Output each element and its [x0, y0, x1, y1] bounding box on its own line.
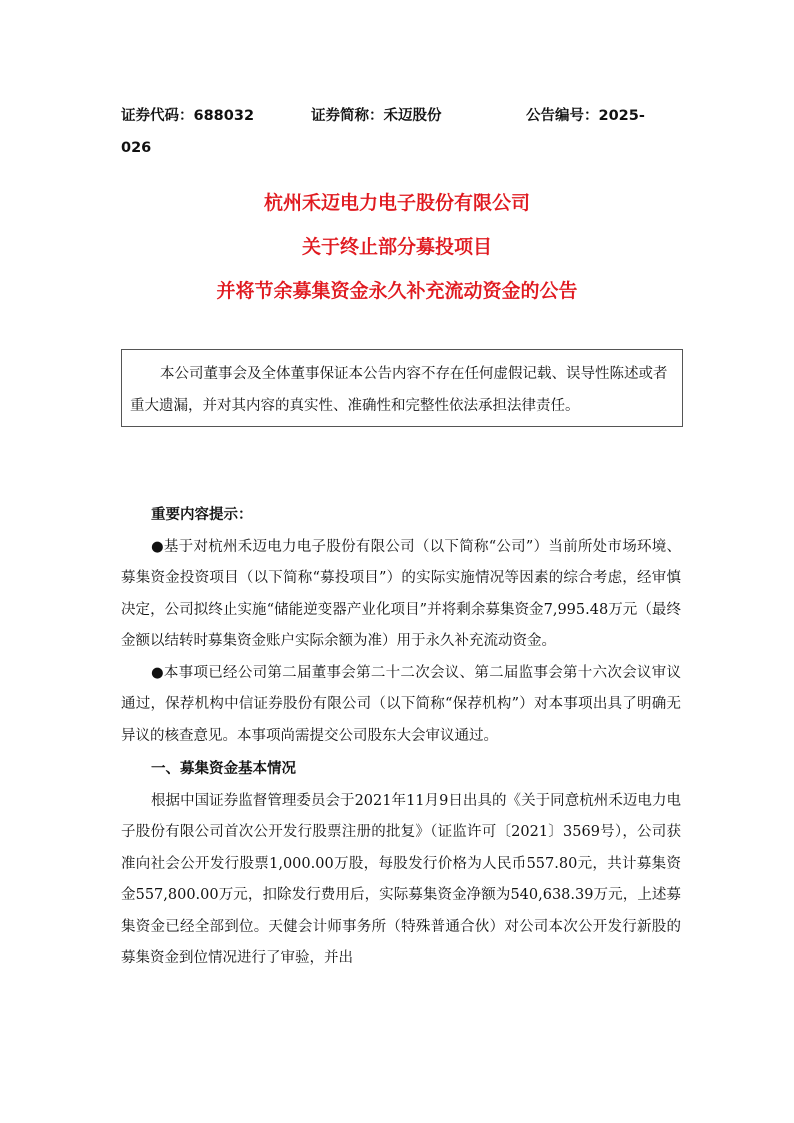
stock-code: 证券代码：688032	[121, 100, 311, 132]
announcement-number-continued: 026	[121, 132, 681, 164]
board-guarantee-notice-box: 本公司董事会及全体董事保证本公告内容不存在任何虚假记载、误导性陈述或者重大遗漏，…	[121, 349, 683, 427]
title-line-3: 并将节余募集资金永久补充流动资金的公告	[0, 273, 794, 317]
highlight-bullet-1: ●基于对杭州禾迈电力电子股份有限公司（以下简称“公司”）当前所处市场环境、募集资…	[121, 532, 681, 658]
document-header: 证券代码：688032 证券简称：禾迈股份 公告编号：2025- 026	[121, 100, 681, 164]
stock-name: 证券简称：禾迈股份	[311, 100, 526, 132]
section-1-paragraph: 根据中国证券监督管理委员会于2021年11月9日出具的《关于同意杭州禾迈电力电子…	[121, 786, 681, 975]
title-line-2: 关于终止部分募投项目	[0, 229, 794, 273]
highlight-bullet-2: ●本事项已经公司第二届董事会第二十二次会议、第二届监事会第十六次会议审议通过，保…	[121, 658, 681, 753]
title-line-1: 杭州禾迈电力电子股份有限公司	[0, 185, 794, 229]
document-body: 重要内容提示： ●基于对杭州禾迈电力电子股份有限公司（以下简称“公司”）当前所处…	[121, 500, 681, 975]
notice-text: 本公司董事会及全体董事保证本公告内容不存在任何虚假记载、误导性陈述或者重大遗漏，…	[130, 358, 676, 422]
announcement-number: 公告编号：2025-	[526, 100, 645, 132]
document-title: 杭州禾迈电力电子股份有限公司 关于终止部分募投项目 并将节余募集资金永久补充流动…	[0, 185, 794, 317]
highlights-heading: 重要内容提示：	[121, 500, 681, 532]
section-1-heading: 一、募集资金基本情况	[121, 754, 681, 786]
